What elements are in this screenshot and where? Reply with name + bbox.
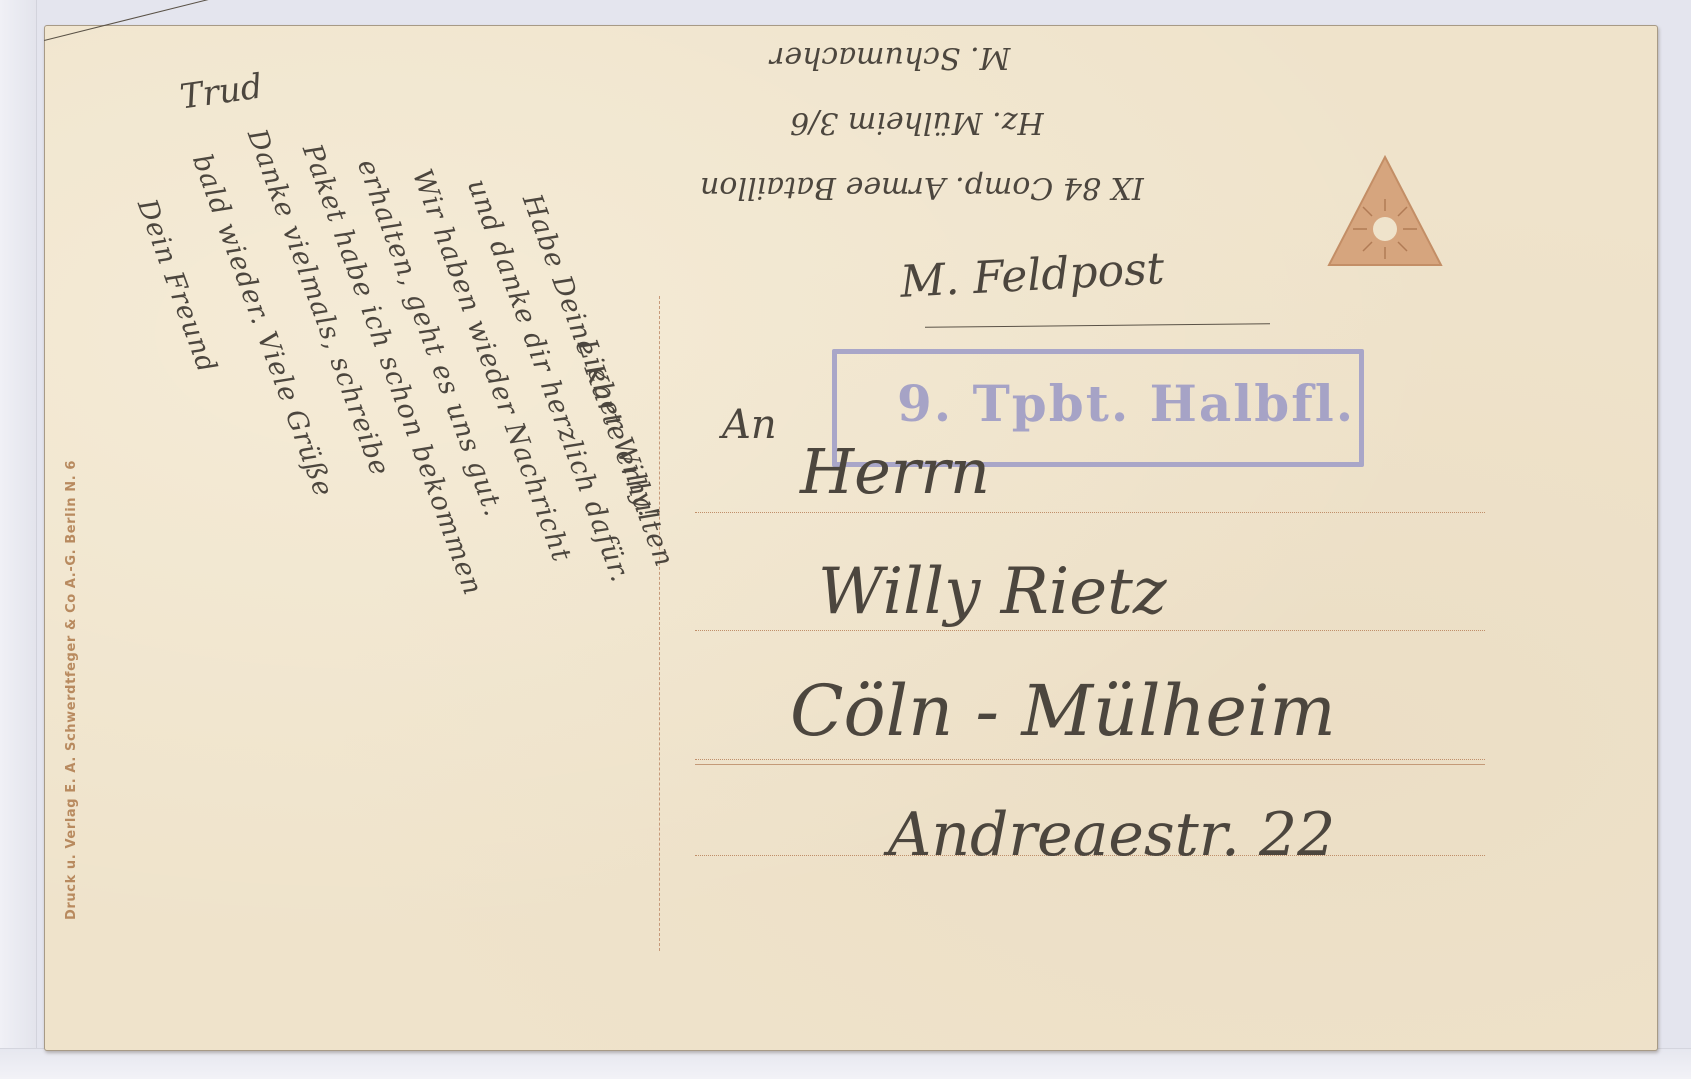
recipient-city: Cöln - Mülheim — [790, 670, 1336, 752]
address-rule — [695, 630, 1485, 631]
scan-sleeve-bottom — [0, 1048, 1691, 1079]
address-title: Herrn — [800, 435, 990, 508]
address-rule — [695, 512, 1485, 513]
publisher-imprint: Druck u. Verlag E. A. Schwerdtfeger & Co… — [64, 460, 79, 920]
card-divider-line — [659, 296, 660, 951]
sender-town: Hz. Mülheim 3/6 — [790, 105, 1044, 140]
sender-name: M. Schumacher — [770, 40, 1010, 75]
sender-unit: IX 84 Comp. Armee Bataillon — [700, 170, 1144, 205]
recipient-name: Willy Rietz — [818, 555, 1167, 629]
triangle-emblem-icon — [1325, 153, 1445, 269]
unit-cachet-text: 9. Tpbt. Halbfl. — [897, 374, 1355, 433]
address-rule — [695, 759, 1485, 760]
address-salutation: An — [722, 402, 777, 448]
scan-sleeve-left — [0, 0, 37, 1079]
recipient-street: Andreaestr. 22 — [888, 800, 1335, 870]
